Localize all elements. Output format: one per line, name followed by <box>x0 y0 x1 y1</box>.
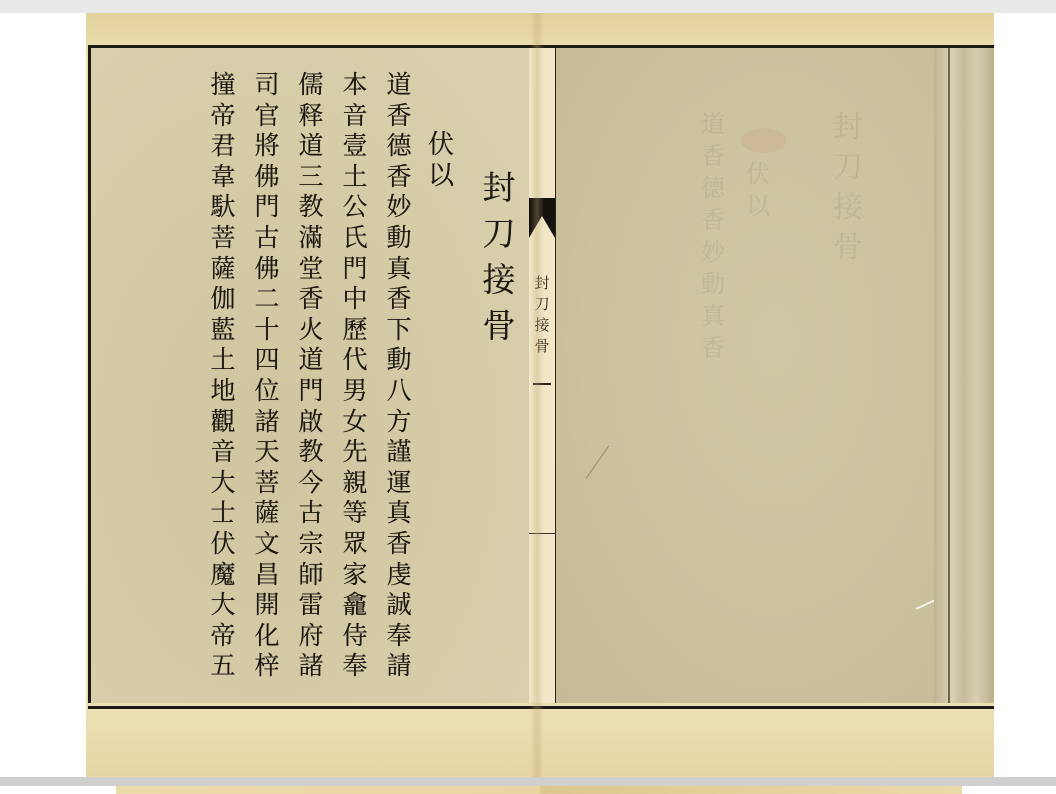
viewer-top-bar <box>0 0 1056 13</box>
spine-page-number <box>533 383 551 385</box>
fold-rule-bottom <box>529 533 555 534</box>
text-column-1: 道香德香妙動真香下動八方謹運真香虔誠奉請 <box>377 70 421 700</box>
right-page: 封刀接骨 伏以 道香德香妙動真香 <box>556 48 994 703</box>
center-fold-banxin: 封刀接骨 <box>529 48 556 703</box>
section-title: 封刀接骨 <box>467 70 531 700</box>
bleed-through-text-1: 封刀接骨 <box>831 108 865 268</box>
bleed-through-text-2: 伏以 <box>741 158 775 222</box>
page-edge-rule <box>948 48 950 703</box>
left-page: 封刀接骨 伏以 道香德香妙動真香下動八方謹運真香虔誠奉請 本音壹土公氏門中歷代男… <box>88 48 531 703</box>
stain-mark <box>741 128 786 153</box>
bleed-through-text-3: 道香德香妙動真香 <box>696 108 730 364</box>
text-column-4: 司官將佛門古佛二十四位諸天菩薩文昌開化梓 <box>245 70 289 700</box>
text-columns: 封刀接骨 伏以 道香德香妙動真香下動八方謹運真香虔誠奉請 本音壹土公氏門中歷代男… <box>121 70 531 700</box>
text-column-5: 撞帝君韋馱菩薩伽藍土地觀音大士伏魔大帝五 <box>201 70 245 700</box>
next-page-preview <box>116 786 962 794</box>
text-column-3: 儒释道三教滿堂香火道門啟教今古宗師雷府諸 <box>289 70 333 700</box>
fishtail-mark-icon <box>529 198 555 238</box>
spine-title: 封刀接骨 <box>532 273 552 357</box>
invocation-heading: 伏以 <box>421 70 461 700</box>
text-column-2: 本音壹土公氏門中歷代男女先親等眾家龕侍奉 <box>333 70 377 700</box>
viewer-page-separator <box>0 777 1056 786</box>
worn-page-edge <box>934 48 994 703</box>
crease-mark <box>586 445 610 478</box>
book-spread: 封刀接骨 伏以 道香德香妙動真香下動八方謹運真香虔誠奉請 本音壹土公氏門中歷代男… <box>86 13 994 777</box>
